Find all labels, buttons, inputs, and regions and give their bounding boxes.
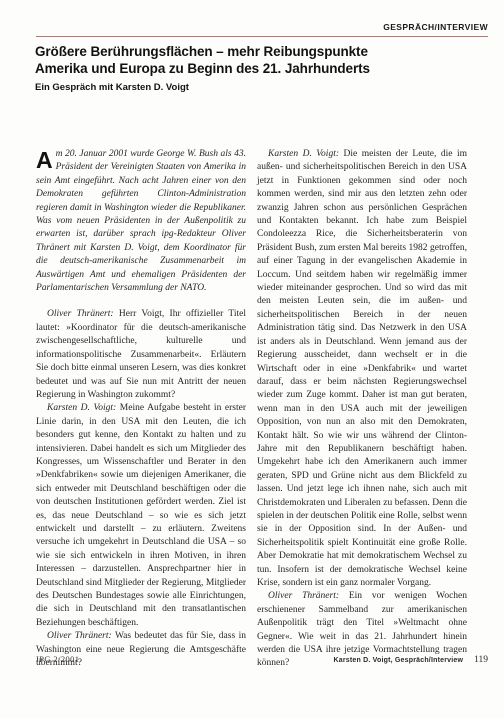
text-columns: Am 20. Januar 2001 wurde George W. Bush … bbox=[36, 148, 468, 671]
speaker-name: Oliver Thränert: bbox=[268, 591, 339, 601]
title-block: Größere Berührungsflächen – mehr Reibung… bbox=[35, 43, 488, 94]
page-footer: IPG 2/2001 Karsten D. Voigt, Gespräch/In… bbox=[36, 654, 488, 665]
intro-text: m 20. Januar 2001 wurde George W. Bush a… bbox=[36, 149, 246, 293]
article-title-line2: Amerika und Europa zu Beginn des 21. Jah… bbox=[35, 60, 488, 77]
question-paragraph: Oliver Thränert: Herr Voigt, Ihr offizie… bbox=[36, 308, 246, 402]
journal-issue: IPG 2/2001 bbox=[36, 654, 79, 664]
header-rule bbox=[36, 36, 488, 37]
footer-right: Karsten D. Voigt, Gespräch/Interview 119 bbox=[333, 655, 488, 665]
answer-text: Meine Aufgabe besteht in erster Linie da… bbox=[36, 403, 246, 628]
page-number: 119 bbox=[474, 655, 488, 665]
left-column: Am 20. Januar 2001 wurde George W. Bush … bbox=[36, 148, 246, 671]
question-text: Herr Voigt, Ihr offizieller Titel lautet… bbox=[36, 309, 246, 399]
journal-page: GESPRÄCH/INTERVIEW Größere Berührungsflä… bbox=[0, 0, 504, 718]
drop-cap: A bbox=[36, 148, 56, 171]
footer-running-title: Karsten D. Voigt, Gespräch/Interview bbox=[333, 657, 463, 664]
speaker-name: Oliver Thränert: bbox=[47, 631, 112, 641]
answer-text: Die meisten der Leute, die im außen- und… bbox=[257, 149, 467, 588]
answer-paragraph: Karsten D. Voigt: Die meisten der Leute,… bbox=[257, 148, 467, 590]
speaker-name: Oliver Thränert: bbox=[47, 309, 114, 319]
speaker-name: Karsten D. Voigt: bbox=[268, 149, 339, 159]
running-head: GESPRÄCH/INTERVIEW bbox=[36, 22, 488, 32]
article-title-line1: Größere Berührungsflächen – mehr Reibung… bbox=[35, 43, 488, 60]
right-column: Karsten D. Voigt: Die meisten der Leute,… bbox=[257, 148, 467, 671]
intro-paragraph: Am 20. Januar 2001 wurde George W. Bush … bbox=[36, 148, 246, 295]
speaker-name: Karsten D. Voigt: bbox=[47, 403, 116, 413]
article-subtitle: Ein Gespräch mit Karsten D. Voigt bbox=[35, 82, 488, 94]
answer-paragraph: Karsten D. Voigt: Meine Aufgabe besteht … bbox=[36, 402, 246, 630]
